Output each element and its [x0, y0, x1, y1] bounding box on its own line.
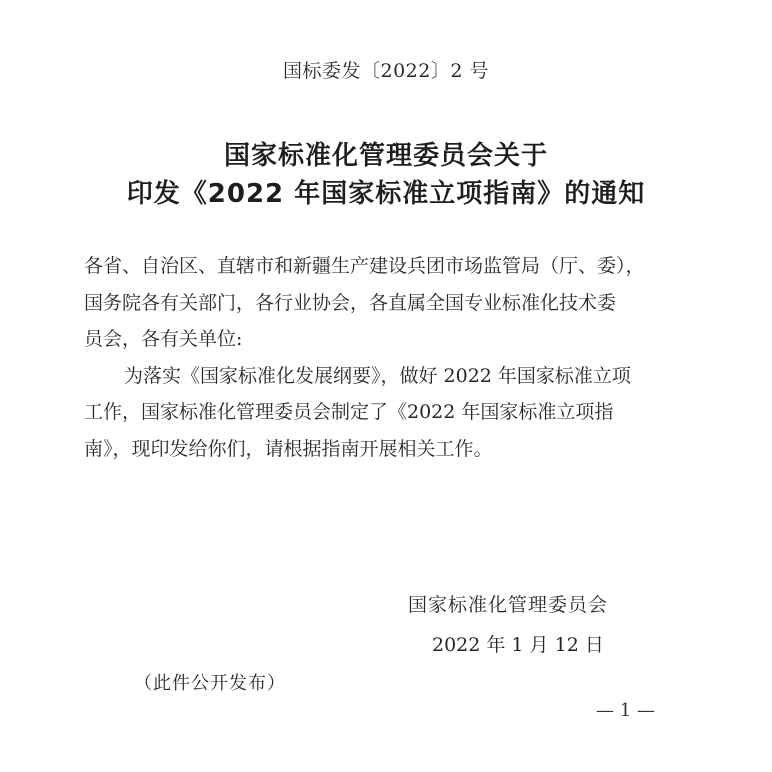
body-paragraph-line-1: 为落实《国家标准化发展纲要》，做好 2022 年国家标准立项 — [84, 358, 704, 395]
issuer-signature: 国家标准化管理委员会 — [408, 590, 608, 617]
body-paragraph-line-3: 南》，现印发给你们，请根据指南开展相关工作。 — [84, 431, 704, 468]
addressee-line-3: 员会，各有关单位: — [84, 321, 704, 358]
title-line-2: 印发《2022 年国家标准立项指南》的通知 — [0, 175, 772, 213]
document-body: 各省、自治区、直辖市和新疆生产建设兵团市场监管局（厅、委）， 国务院各有关部门，… — [84, 248, 704, 467]
body-paragraph-line-2: 工作，国家标准化管理委员会制定了《2022 年国家标准立项指 — [84, 394, 704, 431]
issue-date: 2022 年 1 月 12 日 — [432, 630, 604, 657]
addressee-line-1: 各省、自治区、直辖市和新疆生产建设兵团市场监管局（厅、委）， — [84, 248, 704, 285]
title-line-1: 国家标准化管理委员会关于 — [0, 137, 772, 175]
document-page: 国标委发〔2022〕2 号 国家标准化管理委员会关于 印发《2022 年国家标准… — [0, 0, 772, 772]
page-number: — 1 — — [596, 700, 655, 721]
document-number: 国标委发〔2022〕2 号 — [0, 56, 772, 83]
public-release-note: （此件公开发布） — [134, 669, 286, 695]
addressee-line-2: 国务院各有关部门，各行业协会，各直属全国专业标准化技术委 — [84, 285, 704, 322]
document-title: 国家标准化管理委员会关于 印发《2022 年国家标准立项指南》的通知 — [0, 137, 772, 213]
